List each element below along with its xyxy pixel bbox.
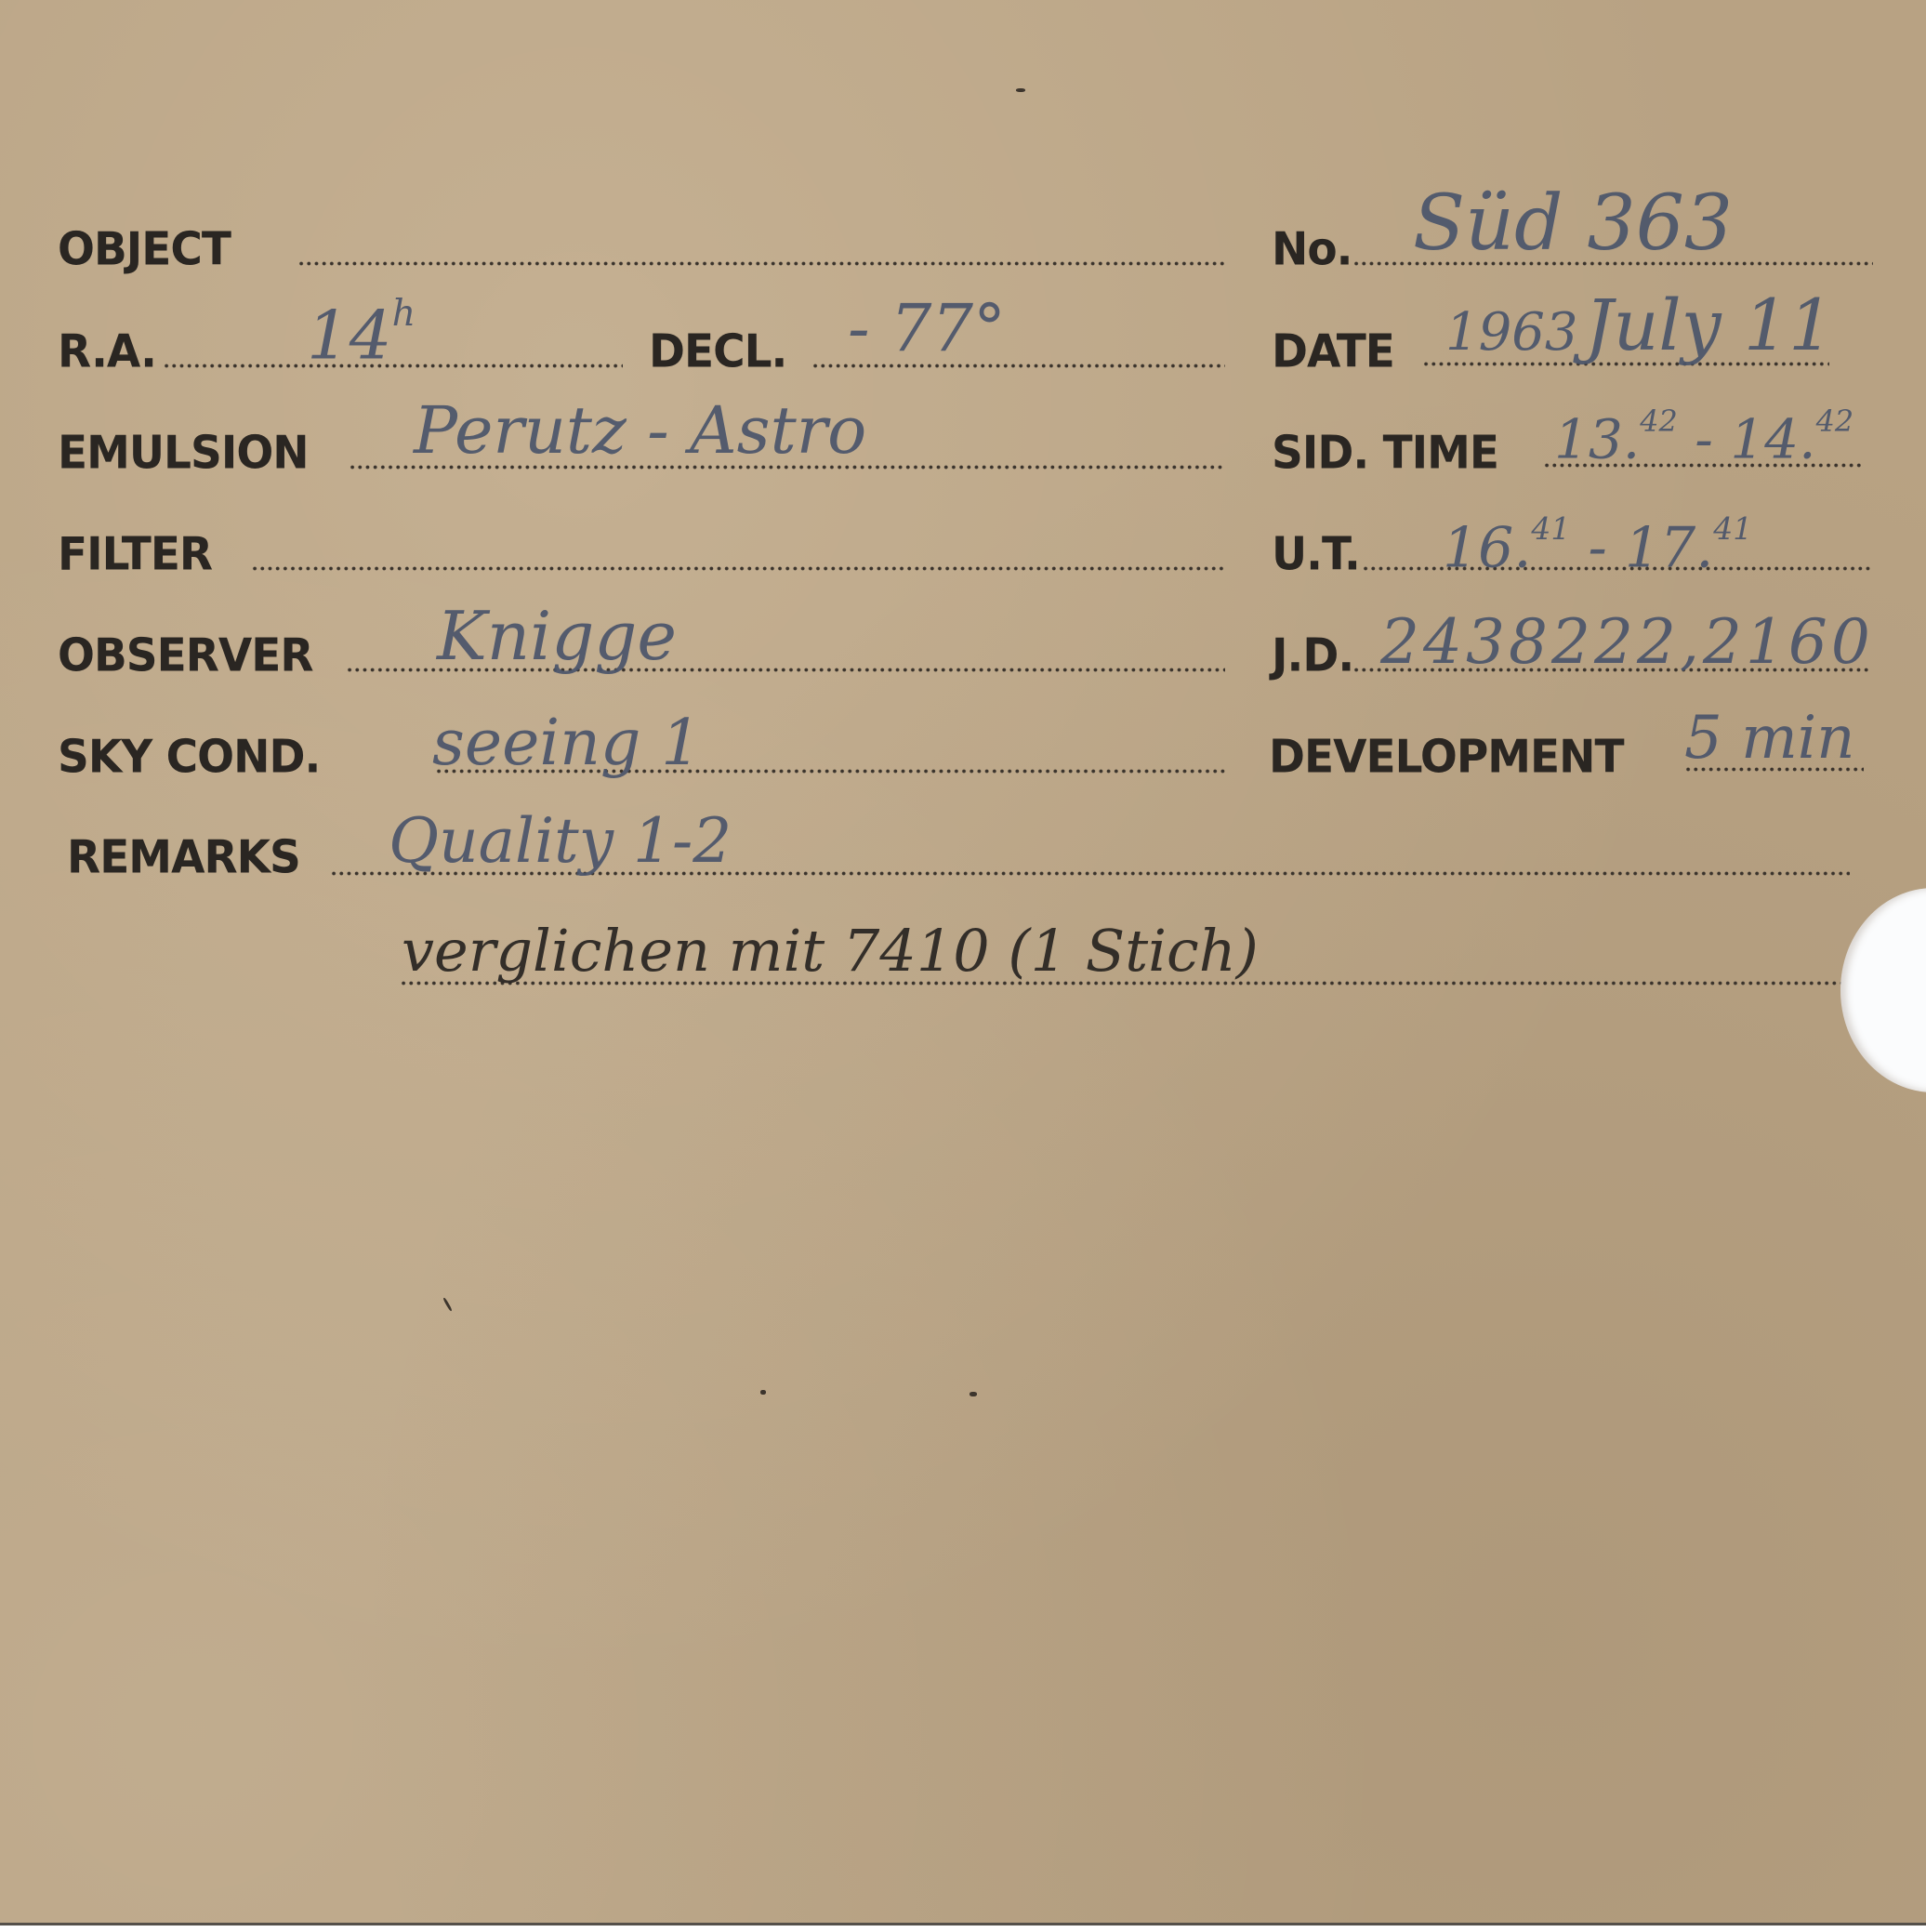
- development-value: 5 min: [1684, 708, 1854, 768]
- ra-hours: 14: [307, 297, 392, 375]
- paper-speck: [970, 1392, 977, 1396]
- sky-cond-label: SKY COND.: [58, 734, 320, 780]
- filter-label: FILTER: [58, 532, 212, 577]
- ut-end-minutes: 41: [1713, 510, 1752, 547]
- sid-time-start-minutes: 42: [1640, 404, 1678, 439]
- emulsion-label: EMULSION: [58, 430, 309, 476]
- remarks-value-line-1: Quality 1-2: [389, 811, 732, 872]
- date-year-value: 1963: [1445, 307, 1578, 359]
- sid-time-label: SID. TIME: [1272, 430, 1498, 476]
- ra-label: R.A.: [58, 329, 156, 375]
- date-label: DATE: [1272, 329, 1394, 375]
- remarks-value-line-2: verglichen mit 7410 (1 Stich): [402, 922, 1259, 980]
- ut-value: 16.41 - 17.41: [1443, 513, 1752, 576]
- ut-start-minutes: 41: [1531, 510, 1570, 547]
- sky-cond-value: seeing 1: [432, 712, 701, 775]
- decl-value: - 77°: [848, 296, 1006, 361]
- sid-time-value: 13.42 - 14.42: [1554, 407, 1853, 467]
- no-value: Süd 363: [1413, 186, 1733, 262]
- remarks-label: REMARKS: [67, 835, 300, 880]
- jd-label: J.D.: [1272, 633, 1353, 679]
- observer-value: Knigge: [437, 602, 677, 669]
- ra-value: 14h: [307, 296, 416, 369]
- ut-start-hours: 16.: [1443, 516, 1531, 581]
- jd-value: 2438222,2160: [1380, 612, 1874, 673]
- ut-end-hours: 17.: [1625, 516, 1713, 581]
- sid-time-separator: -: [1678, 408, 1730, 471]
- ra-unit: h: [392, 292, 416, 335]
- observer-label: OBSERVER: [58, 633, 313, 679]
- paper-speck: [1016, 88, 1025, 92]
- ut-separator: -: [1570, 516, 1624, 581]
- plate-envelope: OBJECT R.A. 14h DECL. - 77° EMULSION Per…: [0, 0, 1926, 1925]
- date-month-day-value: July 11: [1585, 290, 1834, 361]
- sid-time-end-minutes: 42: [1816, 404, 1854, 439]
- paper-speck: [442, 1297, 453, 1311]
- ut-label: U.T.: [1272, 532, 1360, 577]
- sid-time-end-hours: 14.: [1730, 408, 1815, 471]
- no-label: No.: [1272, 227, 1352, 272]
- paper-speck: [760, 1390, 766, 1395]
- object-field-line: [297, 261, 1225, 266]
- decl-label: DECL.: [649, 329, 786, 375]
- object-label: OBJECT: [58, 227, 231, 272]
- development-label: DEVELOPMENT: [1269, 734, 1624, 780]
- filter-field-line: [251, 566, 1225, 571]
- emulsion-value: Perutz - Astro: [414, 398, 866, 463]
- sid-time-start-hours: 13.: [1554, 408, 1640, 471]
